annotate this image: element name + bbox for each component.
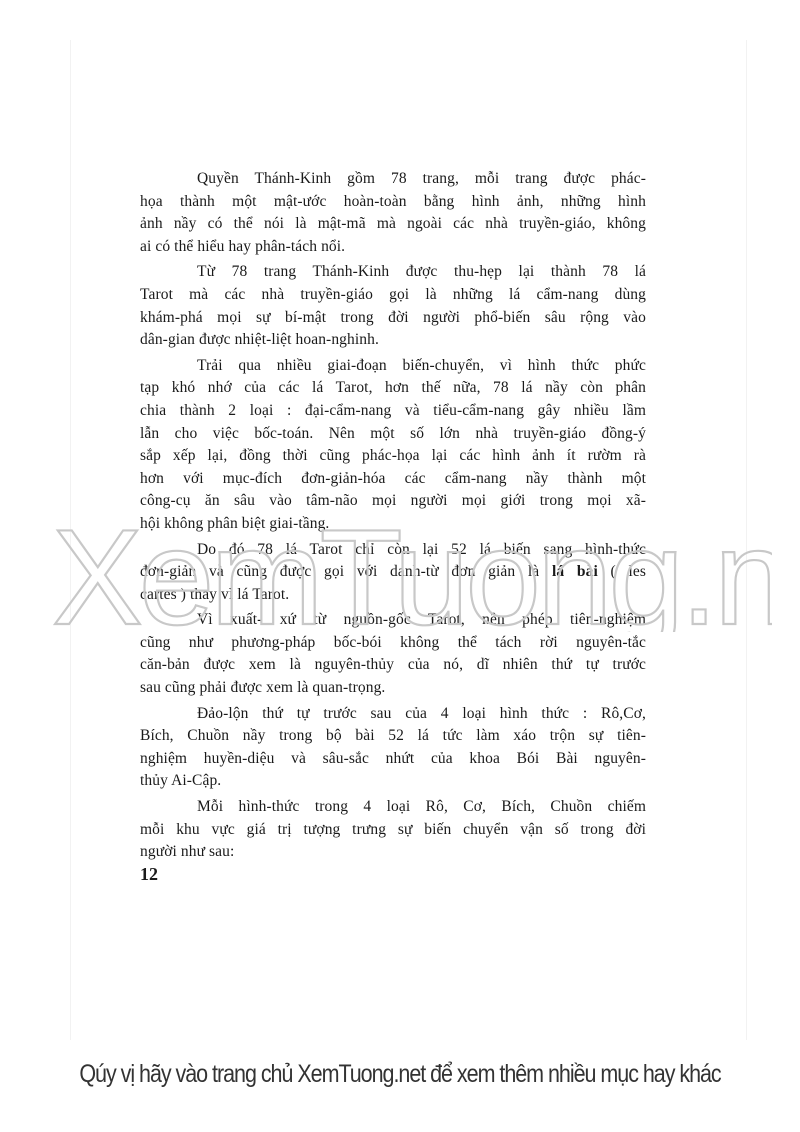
paragraph-line: Đảo-lộn thứ tự trước sau của 4 loại hình…	[140, 703, 646, 726]
paragraph-line: khám-phá mọi sự bí-mật trong đời người p…	[140, 307, 646, 330]
paragraph-line: dân-gian được nhiệt-liệt hoan-nghinh.	[140, 329, 646, 352]
paragraph-line: sau cũng phải được xem là quan-trọng.	[140, 677, 646, 700]
paragraph-2: Từ 78 trang Thánh-Kinh được thu-hẹp lại …	[140, 261, 646, 351]
paragraph-line: tạp khó nhớ của các lá Tarot, hơn thế nữ…	[140, 377, 646, 400]
paragraph-line: Tarot mà các nhà truyền-giáo gọi là nhữn…	[140, 284, 646, 307]
paragraph-line: người như sau:	[140, 841, 646, 864]
paragraph-line: căn-bản được xem là nguyên-thủy của nó, …	[140, 654, 646, 677]
paragraph-line: hơn với mục-đích đơn-giản-hóa các cẩm-na…	[140, 468, 646, 491]
footer-site-link[interactable]: XemTuong.net	[297, 1060, 425, 1088]
paragraph-line: sắp xếp lại, đồng thời cũng phác-họa lại…	[140, 445, 646, 468]
paragraph-line: ảnh nầy có thể nói là mật-mã mà ngoài cá…	[140, 213, 646, 236]
paragraph-line-with-term: đơn-giản và cũng được gọi với danh-từ đơ…	[140, 561, 646, 584]
paragraph-line: chia thành 2 loại : đại-cẩm-nang và tiểu…	[140, 400, 646, 423]
paragraph-line: hội không phân biệt giai-tầng.	[140, 513, 646, 536]
paragraph-line: Mỗi hình-thức trong 4 loại Rô, Cơ, Bích,…	[140, 796, 646, 819]
footer-promo-text: Qúy vị hãy vào trang chủ XemTuong.net để…	[56, 1060, 744, 1089]
paragraph-line: cũng như phương-pháp bốc-bói không thể t…	[140, 632, 646, 655]
line-text-tail: ( les	[598, 563, 646, 580]
paragraph-line: Trải qua nhiều giai-đoạn biến-chuyển, vì…	[140, 355, 646, 378]
paragraph-line: lẫn cho việc bốc-toán. Nên một số lớn nh…	[140, 423, 646, 446]
paragraph-line: thủy Ai-Cập.	[140, 770, 646, 793]
paragraph-line: Bích, Chuồn nầy trong bộ bài 52 lá tức l…	[140, 725, 646, 748]
paragraph-line: Quyền Thánh-Kinh gồm 78 trang, mỗi trang…	[140, 168, 646, 191]
scan-page-left-edge	[70, 40, 71, 1040]
book-page-body: Quyền Thánh-Kinh gồm 78 trang, mỗi trang…	[140, 168, 646, 867]
paragraph-6: Đảo-lộn thứ tự trước sau của 4 loại hình…	[140, 703, 646, 793]
paragraph-3: Trải qua nhiều giai-đoạn biến-chuyển, vì…	[140, 355, 646, 536]
paragraph-7: Mỗi hình-thức trong 4 loại Rô, Cơ, Bích,…	[140, 796, 646, 864]
paragraph-line: mỗi khu vực giá trị tượng trưng sự biến …	[140, 819, 646, 842]
paragraph-line: Từ 78 trang Thánh-Kinh được thu-hẹp lại …	[140, 261, 646, 284]
paragraph-line: ai có thể hiểu hay phân-tách nổi.	[140, 236, 646, 259]
paragraph-5: Vì xuất- xứ từ nguồn-gốc Tarot, nên phép…	[140, 609, 646, 699]
paragraph-line: công-cụ ăn sâu vào tâm-não mọi người mọi…	[140, 490, 646, 513]
page-number: 12	[140, 864, 158, 885]
paragraph-4: Do đó 78 lá Tarot chỉ còn lại 52 lá biến…	[140, 539, 646, 607]
line-text: đơn-giản và cũng được gọi với danh-từ đơ…	[140, 563, 552, 580]
paragraph-line: Do đó 78 lá Tarot chỉ còn lại 52 lá biến…	[140, 539, 646, 562]
paragraph-line: họa thành một mật-ước hoàn-toàn bằng hìn…	[140, 191, 646, 214]
scan-page-right-edge	[746, 40, 747, 1040]
footer-prefix: Qúy vị hãy vào trang chủ	[79, 1060, 297, 1088]
paragraph-line: Vì xuất- xứ từ nguồn-gốc Tarot, nên phép…	[140, 609, 646, 632]
paragraph-line: nghiệm huyền-diệu và sâu-sắc nhứt của kh…	[140, 748, 646, 771]
paragraph-1: Quyền Thánh-Kinh gồm 78 trang, mỗi trang…	[140, 168, 646, 258]
footer-suffix: để xem thêm nhiều mục hay khác	[425, 1060, 720, 1088]
paragraph-line: cartes ) thay vì lá Tarot.	[140, 584, 646, 607]
bold-term: lá bài	[552, 563, 598, 580]
